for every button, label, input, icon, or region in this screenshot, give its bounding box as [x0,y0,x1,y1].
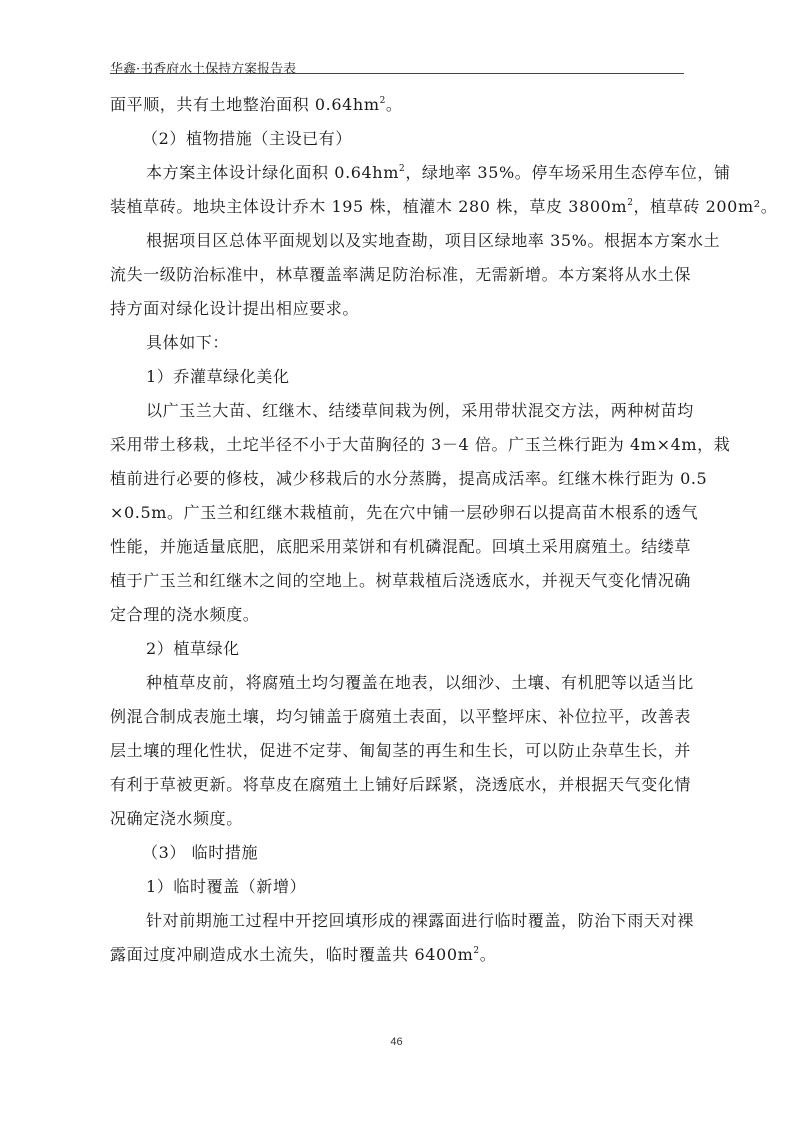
text-line: 面平顺，共有土地整治面积 0.64hm2。 [110,95,403,115]
text-line: 持方面对绿化设计提出相应要求。 [110,299,359,319]
text-line: 1）临时覆盖（新增） [146,877,306,897]
text-line: （3） 临时措施 [142,843,258,863]
page-number: 46 [0,1036,793,1048]
text-line: 例混合制成表施土壤，均匀铺盖于腐殖土表面，以平整坪床、补位拉平，改善表 [110,707,691,727]
text-line: 流失一级防治标准中，林草覆盖率满足防治标准，无需新增。本方案将从水土保 [110,265,691,285]
header-rule [110,73,684,74]
text-line: 露面过度冲刷造成水土流失，临时覆盖共 6400m2。 [110,945,496,965]
text-line: 1）乔灌草绿化美化 [146,367,290,387]
text-line: 性能，并施适量底肥，底肥采用菜饼和有机磷混配。回填土采用腐殖土。结缕草 [110,537,691,557]
text-line: 采用带土移栽，土坨半径不小于大苗胸径的 3－4 倍。广玉兰株行距为 4m×4m，… [110,435,730,455]
text-line: 2）植草绿化 [146,639,240,659]
text-line: 针对前期施工过程中开挖回填形成的裸露面进行临时覆盖，防治下雨天对裸 [146,911,694,931]
text-line: 种植草皮前，将腐殖土均匀覆盖在地表，以细沙、土壤、有机肥等以适当比 [146,673,694,693]
text-line: ×0.5m。广玉兰和红继木栽植前，先在穴中铺一层砂卵石以提高苗木根系的透气 [110,503,698,523]
text-line: 况确定浇水频度。 [110,809,243,829]
text-line: 植于广玉兰和红继木之间的空地上。树草栽植后浇透底水，并视天气变化情况确 [110,571,691,591]
running-header: 华鑫·书香府水土保持方案报告表 [110,58,684,77]
text-line: 具体如下： [146,333,229,353]
text-line: 定合理的浇水频度。 [110,605,259,625]
text-line: 以广玉兰大苗、红继木、结缕草间栽为例，采用带状混交方法，两种树苗均 [146,401,694,421]
text-line: 植前进行必要的修枝，减少移栽后的水分蒸腾，提高成活率。红继木株行距为 0.5 [110,469,707,489]
text-line: 根据项目区总体平面规划以及实地查勘，项目区绿地率 35%。根据本方案水土 [146,231,720,251]
text-line: 本方案主体设计绿化面积 0.64hm2，绿地率 35%。停车场采用生态停车位，铺 [146,163,731,183]
text-line: （2）植物措施（主设已有） [142,129,352,149]
text-line: 有利于草被更新。将草皮在腐殖土上铺好后踩紧，浇透底水，并根据天气变化情 [110,775,691,795]
text-line: 装植草砖。地块主体设计乔木 195 株，植灌木 280 株，草皮 3800m2，… [110,197,777,217]
text-line: 层土壤的理化性状，促进不定芽、匍匐茎的再生和生长，可以防止杂草生长，并 [110,741,691,761]
